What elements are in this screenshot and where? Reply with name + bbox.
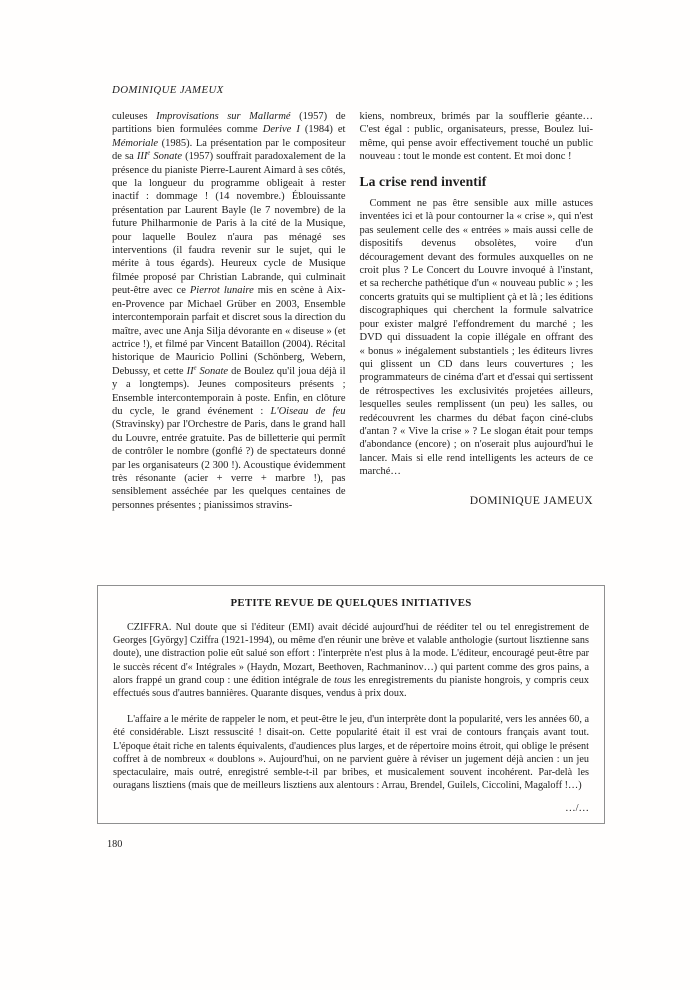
left-column-paragraph: culeuses Improvisations sur Mallarmé (19…	[112, 110, 346, 512]
page-number: 180	[107, 839, 122, 850]
right-column-paragraph-2: Comment ne pas être sensible aux mille a…	[360, 197, 594, 479]
running-head: DOMINIQUE JAMEUX	[112, 84, 224, 96]
scanned-page: DOMINIQUE JAMEUX culeuses Improvisations…	[0, 0, 700, 990]
review-box-paragraph-2: L'affaire a le mérite de rappeler le nom…	[113, 713, 589, 792]
section-heading: La crise rend inventif	[360, 175, 594, 188]
right-column-paragraph-1: kiens, nombreux, brimés par la souffleri…	[360, 110, 594, 164]
left-column: culeuses Improvisations sur Mallarmé (19…	[112, 110, 346, 512]
review-box-title: PETITE REVUE DE QUELQUES INITIATIVES	[113, 597, 589, 609]
right-column: kiens, nombreux, brimés par la souffleri…	[360, 110, 594, 512]
review-box: PETITE REVUE DE QUELQUES INITIATIVES CZI…	[97, 585, 605, 824]
author-signature: DOMINIQUE JAMEUX	[360, 494, 594, 507]
article-columns: culeuses Improvisations sur Mallarmé (19…	[112, 110, 593, 512]
review-box-paragraph-1: CZIFFRA. Nul doute que si l'éditeur (EMI…	[113, 621, 589, 700]
continuation-mark: …/…	[113, 803, 589, 814]
